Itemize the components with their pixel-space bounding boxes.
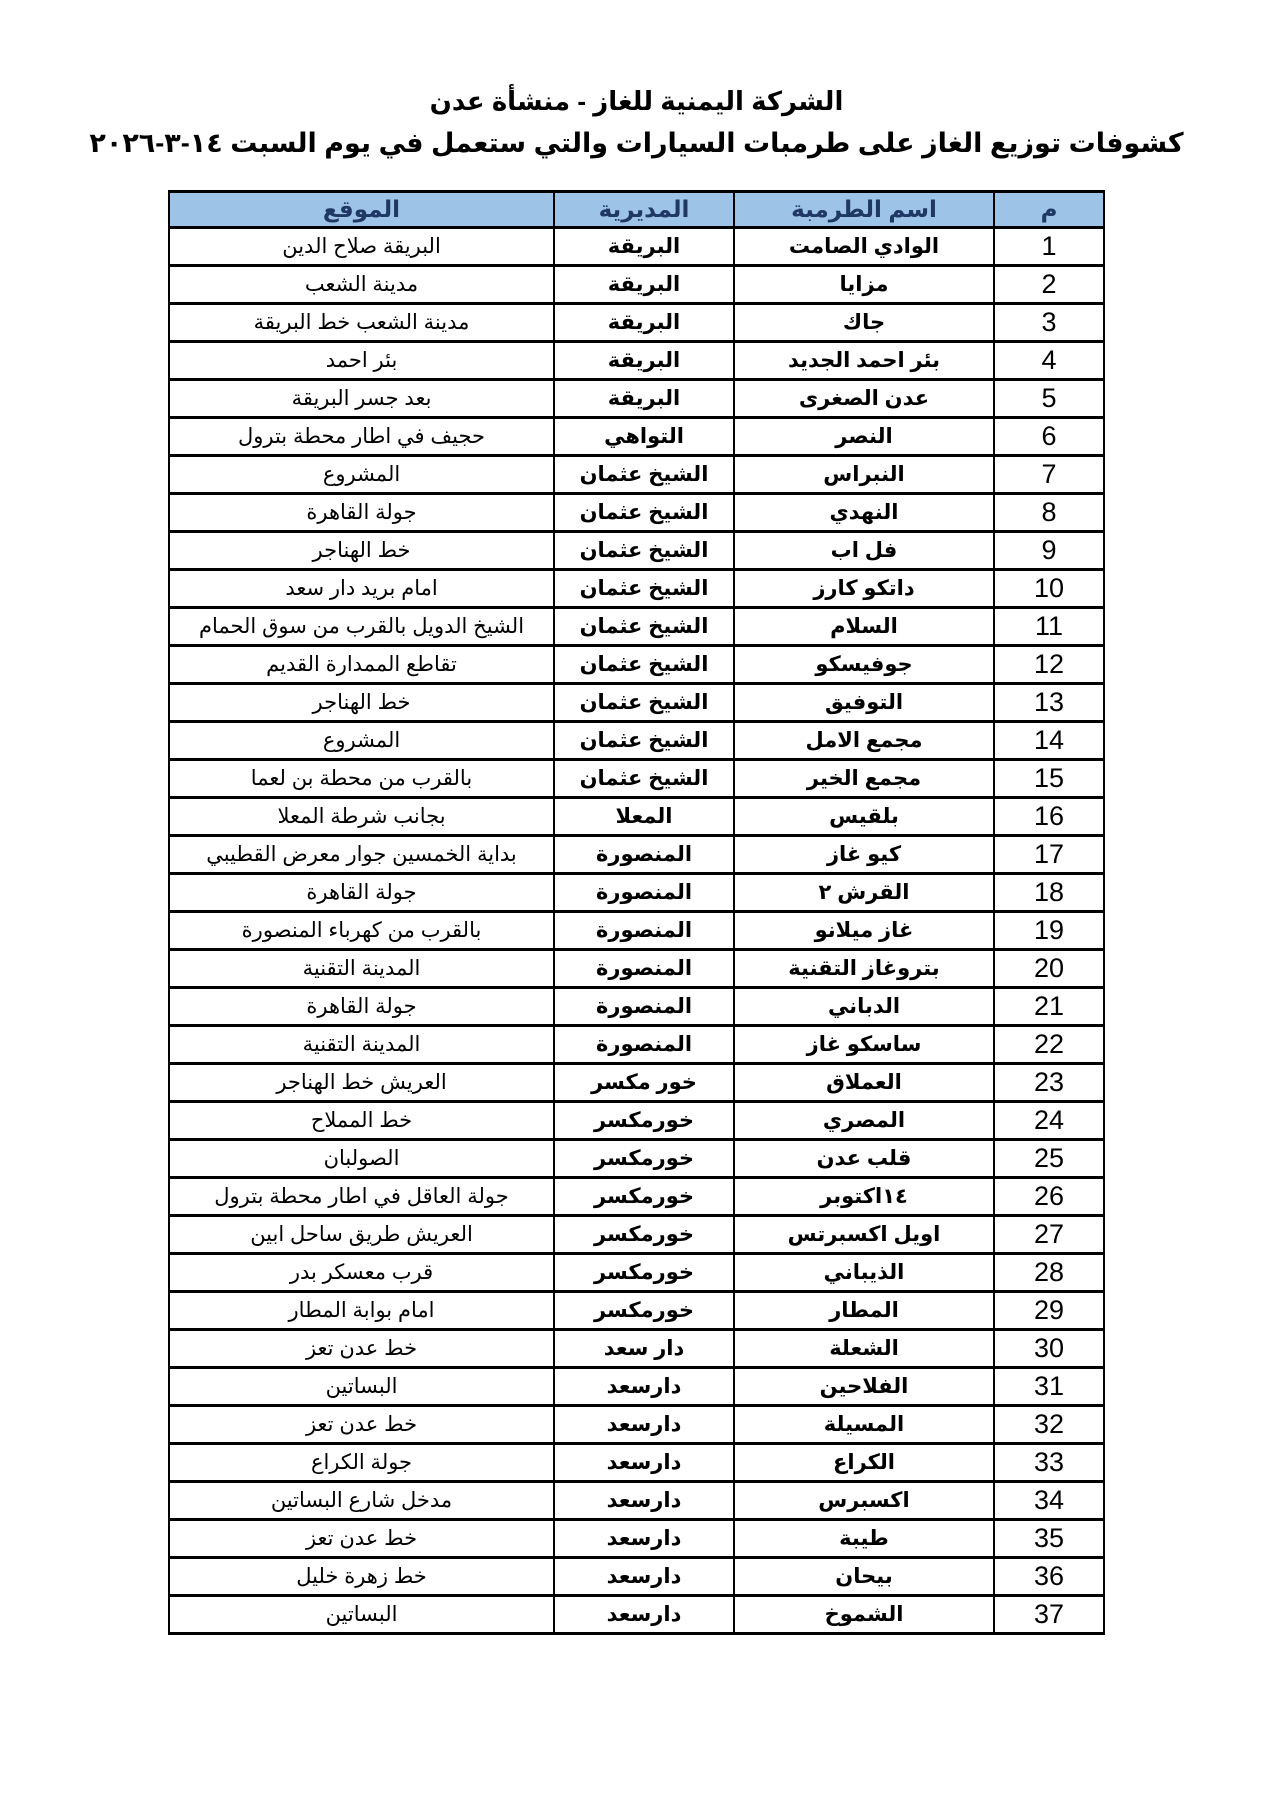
district-cell: البريقة xyxy=(554,265,734,303)
pump-name-cell: المصري xyxy=(734,1101,994,1139)
header-location: الموقع xyxy=(169,191,554,227)
header-number: م xyxy=(994,191,1104,227)
table-row: 25قلب عدنخورمكسرالصولبان xyxy=(169,1139,1104,1177)
pump-name-cell: الفلاحين xyxy=(734,1367,994,1405)
row-number-cell: 20 xyxy=(994,949,1104,987)
row-number-cell: 23 xyxy=(994,1063,1104,1101)
table-row: 26١٤اكتوبرخورمكسرجولة العاقل في اطار محط… xyxy=(169,1177,1104,1215)
row-number-cell: 9 xyxy=(994,531,1104,569)
pump-name-cell: السلام xyxy=(734,607,994,645)
table-row: 17كيو غازالمنصورةبداية الخمسين جوار معرض… xyxy=(169,835,1104,873)
table-row: 10داتكو كارزالشيخ عثمانامام بريد دار سعد xyxy=(169,569,1104,607)
pump-name-cell: القرش ٢ xyxy=(734,873,994,911)
location-cell: بئر احمد xyxy=(169,341,554,379)
pump-name-cell: الوادي الصامت xyxy=(734,227,994,265)
location-cell: خط عدن تعز xyxy=(169,1519,554,1557)
row-number-cell: 5 xyxy=(994,379,1104,417)
row-number-cell: 21 xyxy=(994,987,1104,1025)
location-cell: خط الهناجر xyxy=(169,683,554,721)
row-number-cell: 10 xyxy=(994,569,1104,607)
row-number-cell: 26 xyxy=(994,1177,1104,1215)
pump-name-cell: التوفيق xyxy=(734,683,994,721)
location-cell: جولة القاهرة xyxy=(169,493,554,531)
pump-name-cell: ساسكو غاز xyxy=(734,1025,994,1063)
location-cell: المدينة التقنية xyxy=(169,949,554,987)
pump-name-cell: طيبة xyxy=(734,1519,994,1557)
table-row: 22ساسكو غازالمنصورةالمدينة التقنية xyxy=(169,1025,1104,1063)
district-cell: دار سعد xyxy=(554,1329,734,1367)
table-row: 24المصريخورمكسرخط المملاح xyxy=(169,1101,1104,1139)
row-number-cell: 1 xyxy=(994,227,1104,265)
row-number-cell: 19 xyxy=(994,911,1104,949)
pump-name-cell: عدن الصغرى xyxy=(734,379,994,417)
table-row: 34اكسبرسدارسعدمدخل شارع البساتين xyxy=(169,1481,1104,1519)
row-number-cell: 2 xyxy=(994,265,1104,303)
pump-name-cell: النبراس xyxy=(734,455,994,493)
pump-name-cell: بتروغاز التقنية xyxy=(734,949,994,987)
location-cell: خط زهرة خليل xyxy=(169,1557,554,1595)
row-number-cell: 11 xyxy=(994,607,1104,645)
table-row: 30الشعلةدار سعدخط عدن تعز xyxy=(169,1329,1104,1367)
location-cell: بجانب شرطة المعلا xyxy=(169,797,554,835)
table-row: 6النصرالتواهيحجيف في اطار محطة بترول xyxy=(169,417,1104,455)
location-cell: مدينة الشعب خط البريقة xyxy=(169,303,554,341)
district-cell: خورمكسر xyxy=(554,1101,734,1139)
pump-name-cell: بيحان xyxy=(734,1557,994,1595)
location-cell: العريش خط الهناجر xyxy=(169,1063,554,1101)
pump-name-cell: داتكو كارز xyxy=(734,569,994,607)
row-number-cell: 25 xyxy=(994,1139,1104,1177)
row-number-cell: 33 xyxy=(994,1443,1104,1481)
district-cell: الشيخ عثمان xyxy=(554,531,734,569)
location-cell: البساتين xyxy=(169,1367,554,1405)
table-row: 31الفلاحيندارسعدالبساتين xyxy=(169,1367,1104,1405)
district-cell: الشيخ عثمان xyxy=(554,455,734,493)
district-cell: دارسعد xyxy=(554,1405,734,1443)
table-row: 32المسيلةدارسعدخط عدن تعز xyxy=(169,1405,1104,1443)
district-cell: المنصورة xyxy=(554,873,734,911)
table-row: 18القرش ٢المنصورةجولة القاهرة xyxy=(169,873,1104,911)
district-cell: المنصورة xyxy=(554,987,734,1025)
table-row: 23العملاقخور مكسرالعريش خط الهناجر xyxy=(169,1063,1104,1101)
district-cell: خور مكسر xyxy=(554,1063,734,1101)
pump-name-cell: الشموخ xyxy=(734,1595,994,1633)
district-cell: دارسعد xyxy=(554,1595,734,1633)
district-cell: الشيخ عثمان xyxy=(554,569,734,607)
district-cell: خورمكسر xyxy=(554,1139,734,1177)
location-cell: جولة الكراع xyxy=(169,1443,554,1481)
district-cell: دارسعد xyxy=(554,1481,734,1519)
district-cell: الشيخ عثمان xyxy=(554,493,734,531)
row-number-cell: 3 xyxy=(994,303,1104,341)
gas-distribution-table: م اسم الطرمبة المديرية الموقع 1الوادي ال… xyxy=(168,190,1105,1635)
table-row: 16بلقيسالمعلابجانب شرطة المعلا xyxy=(169,797,1104,835)
location-cell: مدخل شارع البساتين xyxy=(169,1481,554,1519)
pump-name-cell: بلقيس xyxy=(734,797,994,835)
location-cell: تقاطع الممدارة القديم xyxy=(169,645,554,683)
header-pump-name: اسم الطرمبة xyxy=(734,191,994,227)
table-row: 3جاكالبريقةمدينة الشعب خط البريقة xyxy=(169,303,1104,341)
pump-name-cell: الذيباني xyxy=(734,1253,994,1291)
district-cell: الشيخ عثمان xyxy=(554,607,734,645)
location-cell: بالقرب من كهرباء المنصورة xyxy=(169,911,554,949)
location-cell: خط عدن تعز xyxy=(169,1405,554,1443)
location-cell: حجيف في اطار محطة بترول xyxy=(169,417,554,455)
district-cell: المعلا xyxy=(554,797,734,835)
district-cell: البريقة xyxy=(554,379,734,417)
row-number-cell: 30 xyxy=(994,1329,1104,1367)
row-number-cell: 24 xyxy=(994,1101,1104,1139)
pump-name-cell: مزايا xyxy=(734,265,994,303)
district-cell: الشيخ عثمان xyxy=(554,721,734,759)
document-header: الشركة اليمنية للغاز - منشأة عدن كشوفات … xyxy=(0,0,1273,160)
table-row: 37الشموخدارسعدالبساتين xyxy=(169,1595,1104,1633)
row-number-cell: 16 xyxy=(994,797,1104,835)
location-cell: البساتين xyxy=(169,1595,554,1633)
row-number-cell: 6 xyxy=(994,417,1104,455)
location-cell: جولة القاهرة xyxy=(169,987,554,1025)
location-cell: المشروع xyxy=(169,721,554,759)
table-row: 35طيبةدارسعدخط عدن تعز xyxy=(169,1519,1104,1557)
location-cell: المشروع xyxy=(169,455,554,493)
district-cell: دارسعد xyxy=(554,1367,734,1405)
district-cell: المنصورة xyxy=(554,1025,734,1063)
location-cell: بالقرب من محطة بن لعما xyxy=(169,759,554,797)
pump-name-cell: اويل اكسبرتس xyxy=(734,1215,994,1253)
document-page: { "title": { "line1": "الشركة اليمنية لل… xyxy=(0,0,1273,1800)
district-cell: خورمكسر xyxy=(554,1215,734,1253)
location-cell: امام بريد دار سعد xyxy=(169,569,554,607)
table-row: 9فل ابالشيخ عثمانخط الهناجر xyxy=(169,531,1104,569)
location-cell: خط عدن تعز xyxy=(169,1329,554,1367)
row-number-cell: 34 xyxy=(994,1481,1104,1519)
district-cell: خورمكسر xyxy=(554,1177,734,1215)
table-row: 29المطارخورمكسرامام بوابة المطار xyxy=(169,1291,1104,1329)
table-row: 28الذيبانيخورمكسرقرب معسكر بدر xyxy=(169,1253,1104,1291)
table-row: 11السلامالشيخ عثمانالشيخ الدويل بالقرب م… xyxy=(169,607,1104,645)
table-row: 27اويل اكسبرتسخورمكسرالعريش طريق ساحل اب… xyxy=(169,1215,1104,1253)
table-row: 33الكراعدارسعدجولة الكراع xyxy=(169,1443,1104,1481)
location-cell: خط المملاح xyxy=(169,1101,554,1139)
table-row: 36بيحاندارسعدخط زهرة خليل xyxy=(169,1557,1104,1595)
location-cell: جولة العاقل في اطار محطة بترول xyxy=(169,1177,554,1215)
pump-name-cell: اكسبرس xyxy=(734,1481,994,1519)
pump-name-cell: العملاق xyxy=(734,1063,994,1101)
pump-name-cell: فل اب xyxy=(734,531,994,569)
row-number-cell: 27 xyxy=(994,1215,1104,1253)
row-number-cell: 8 xyxy=(994,493,1104,531)
table-row: 13التوفيقالشيخ عثمانخط الهناجر xyxy=(169,683,1104,721)
table-row: 20بتروغاز التقنيةالمنصورةالمدينة التقنية xyxy=(169,949,1104,987)
row-number-cell: 13 xyxy=(994,683,1104,721)
pump-name-cell: المطار xyxy=(734,1291,994,1329)
row-number-cell: 4 xyxy=(994,341,1104,379)
location-cell: بداية الخمسين جوار معرض القطيبي xyxy=(169,835,554,873)
district-cell: المنصورة xyxy=(554,949,734,987)
table-row: 7النبراسالشيخ عثمانالمشروع xyxy=(169,455,1104,493)
district-cell: دارسعد xyxy=(554,1519,734,1557)
pump-name-cell: النصر xyxy=(734,417,994,455)
district-cell: البريقة xyxy=(554,227,734,265)
table-row: 15مجمع الخيرالشيخ عثمانبالقرب من محطة بن… xyxy=(169,759,1104,797)
pump-name-cell: قلب عدن xyxy=(734,1139,994,1177)
pump-name-cell: كيو غاز xyxy=(734,835,994,873)
pump-name-cell: بئر احمد الجديد xyxy=(734,341,994,379)
table-header-row: م اسم الطرمبة المديرية الموقع xyxy=(169,191,1104,227)
row-number-cell: 32 xyxy=(994,1405,1104,1443)
district-cell: الشيخ عثمان xyxy=(554,759,734,797)
pump-name-cell: الشعلة xyxy=(734,1329,994,1367)
table-row: 21الدبانيالمنصورةجولة القاهرة xyxy=(169,987,1104,1025)
pump-name-cell: الكراع xyxy=(734,1443,994,1481)
pump-name-cell: الدباني xyxy=(734,987,994,1025)
district-cell: المنصورة xyxy=(554,911,734,949)
district-cell: دارسعد xyxy=(554,1557,734,1595)
location-cell: العريش طريق ساحل ابين xyxy=(169,1215,554,1253)
pump-name-cell: جاك xyxy=(734,303,994,341)
row-number-cell: 14 xyxy=(994,721,1104,759)
table-row: 4بئر احمد الجديدالبريقةبئر احمد xyxy=(169,341,1104,379)
header-district: المديرية xyxy=(554,191,734,227)
row-number-cell: 37 xyxy=(994,1595,1104,1633)
location-cell: بعد جسر البريقة xyxy=(169,379,554,417)
location-cell: الصولبان xyxy=(169,1139,554,1177)
district-cell: التواهي xyxy=(554,417,734,455)
location-cell: البريقة صلاح الدين xyxy=(169,227,554,265)
document-subtitle: كشوفات توزيع الغاز على طرمبات السيارات و… xyxy=(0,127,1273,159)
location-cell: جولة القاهرة xyxy=(169,873,554,911)
row-number-cell: 12 xyxy=(994,645,1104,683)
pump-name-cell: غاز ميلانو xyxy=(734,911,994,949)
pump-name-cell: جوفيسكو xyxy=(734,645,994,683)
location-cell: خط الهناجر xyxy=(169,531,554,569)
location-cell: قرب معسكر بدر xyxy=(169,1253,554,1291)
row-number-cell: 22 xyxy=(994,1025,1104,1063)
location-cell: مدينة الشعب xyxy=(169,265,554,303)
district-cell: البريقة xyxy=(554,341,734,379)
company-title: الشركة اليمنية للغاز - منشأة عدن xyxy=(0,86,1273,117)
pump-name-cell: النهدي xyxy=(734,493,994,531)
table-row: 2مزاياالبريقةمدينة الشعب xyxy=(169,265,1104,303)
pump-name-cell: مجمع الامل xyxy=(734,721,994,759)
district-cell: الشيخ عثمان xyxy=(554,683,734,721)
table-row: 12جوفيسكوالشيخ عثمانتقاطع الممدارة القدي… xyxy=(169,645,1104,683)
pump-name-cell: مجمع الخير xyxy=(734,759,994,797)
table-row: 1الوادي الصامتالبريقةالبريقة صلاح الدين xyxy=(169,227,1104,265)
row-number-cell: 29 xyxy=(994,1291,1104,1329)
row-number-cell: 28 xyxy=(994,1253,1104,1291)
row-number-cell: 36 xyxy=(994,1557,1104,1595)
row-number-cell: 17 xyxy=(994,835,1104,873)
table-row: 19غاز ميلانوالمنصورةبالقرب من كهرباء الم… xyxy=(169,911,1104,949)
location-cell: الشيخ الدويل بالقرب من سوق الحمام xyxy=(169,607,554,645)
district-cell: خورمكسر xyxy=(554,1253,734,1291)
pump-name-cell: ١٤اكتوبر xyxy=(734,1177,994,1215)
pump-name-cell: المسيلة xyxy=(734,1405,994,1443)
table-row: 14مجمع الاملالشيخ عثمانالمشروع xyxy=(169,721,1104,759)
row-number-cell: 18 xyxy=(994,873,1104,911)
location-cell: المدينة التقنية xyxy=(169,1025,554,1063)
row-number-cell: 35 xyxy=(994,1519,1104,1557)
district-cell: دارسعد xyxy=(554,1443,734,1481)
district-cell: البريقة xyxy=(554,303,734,341)
table-body: 1الوادي الصامتالبريقةالبريقة صلاح الدين2… xyxy=(169,227,1104,1633)
row-number-cell: 31 xyxy=(994,1367,1104,1405)
row-number-cell: 15 xyxy=(994,759,1104,797)
district-cell: المنصورة xyxy=(554,835,734,873)
table-row: 8النهديالشيخ عثمانجولة القاهرة xyxy=(169,493,1104,531)
location-cell: امام بوابة المطار xyxy=(169,1291,554,1329)
table-row: 5عدن الصغرىالبريقةبعد جسر البريقة xyxy=(169,379,1104,417)
district-cell: الشيخ عثمان xyxy=(554,645,734,683)
district-cell: خورمكسر xyxy=(554,1291,734,1329)
row-number-cell: 7 xyxy=(994,455,1104,493)
